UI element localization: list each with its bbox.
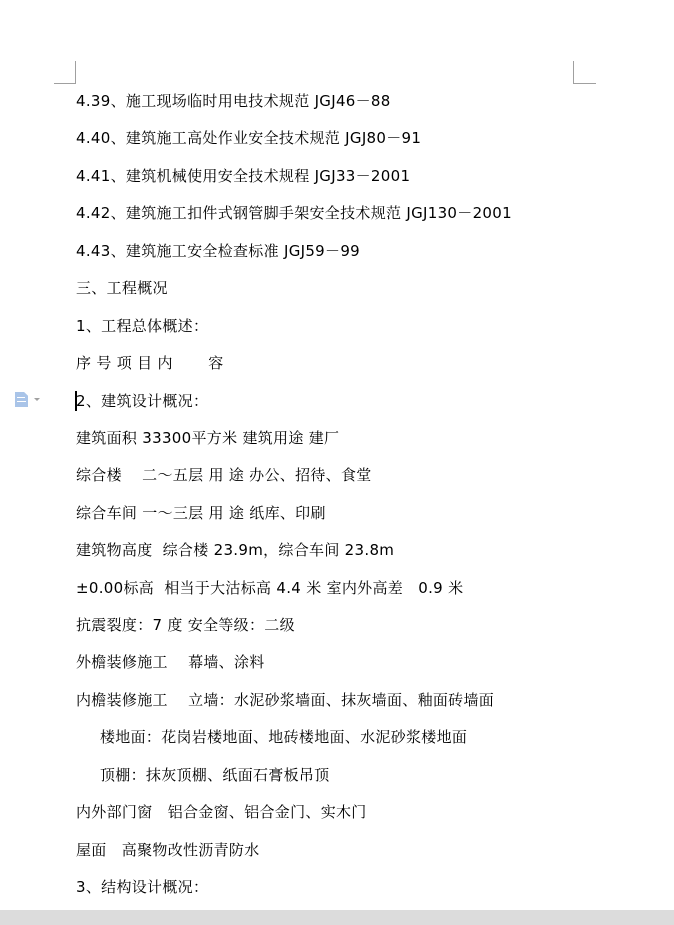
- document-line[interactable]: 4.40、建筑施工高处作业安全技术规范 JGJ80－91: [76, 128, 421, 148]
- document-line[interactable]: 3、结构设计概况：: [76, 877, 208, 897]
- document-line[interactable]: 抗震裂度：7 度 安全等级：二级: [76, 615, 295, 635]
- document-line[interactable]: 序 号 项 目 内 容: [76, 353, 224, 373]
- top-left-margin-mark: [54, 61, 76, 84]
- document-line[interactable]: 2、建筑设计概况：: [76, 391, 208, 411]
- document-line[interactable]: 建筑物高度 综合楼 23.9m，综合车间 23.8m: [76, 540, 394, 560]
- document-line[interactable]: 4.39、施工现场临时用电技术规范 JGJ46－88: [76, 91, 391, 111]
- document-line[interactable]: 楼地面：花岗岩楼地面、地砖楼地面、水泥砂浆楼地面: [100, 727, 467, 747]
- document-line[interactable]: 综合车间 一～三层 用 途 纸库、印刷: [76, 503, 326, 523]
- horizontal-scrollbar-area[interactable]: [0, 910, 674, 925]
- document-line[interactable]: 顶棚：抹灰顶棚、纸面石膏板吊顶: [100, 765, 330, 785]
- document-line[interactable]: 4.42、建筑施工扣件式钢管脚手架安全技术规范 JGJ130－2001: [76, 203, 512, 223]
- document-line[interactable]: 建筑面积 33300平方米 建筑用途 建厂: [76, 428, 339, 448]
- document-line[interactable]: 内檐装修施工 立墙：水泥砂浆墙面、抹灰墙面、釉面砖墙面: [76, 690, 494, 710]
- document-line[interactable]: 三、工程概况: [76, 278, 168, 298]
- document-line[interactable]: 屋面 高聚物改性沥青防水: [76, 840, 260, 860]
- document-line[interactable]: ±0.00标高 相当于大沽标高 4.4 米 室内外高差 0.9 米: [76, 578, 463, 598]
- text-cursor: [75, 391, 77, 411]
- document-page[interactable]: 4.39、施工现场临时用电技术规范 JGJ46－884.40、建筑施工高处作业安…: [0, 0, 674, 910]
- document-line[interactable]: 外檐装修施工 幕墙、涂料: [76, 652, 265, 672]
- top-right-margin-mark: [573, 61, 596, 84]
- document-line[interactable]: 4.43、建筑施工安全检查标准 JGJ59－99: [76, 241, 360, 261]
- document-line[interactable]: 综合楼 二～五层 用 途 办公、招待、食堂: [76, 465, 372, 485]
- document-line[interactable]: 4.41、建筑机械使用安全技术规程 JGJ33－2001: [76, 166, 410, 186]
- paragraph-options-icon[interactable]: [15, 392, 28, 407]
- document-line[interactable]: 内外部门窗 铝合金窗、铝合金门、实木门: [76, 802, 367, 822]
- chevron-down-icon[interactable]: [34, 398, 40, 401]
- document-line[interactable]: 1、工程总体概述：: [76, 316, 208, 336]
